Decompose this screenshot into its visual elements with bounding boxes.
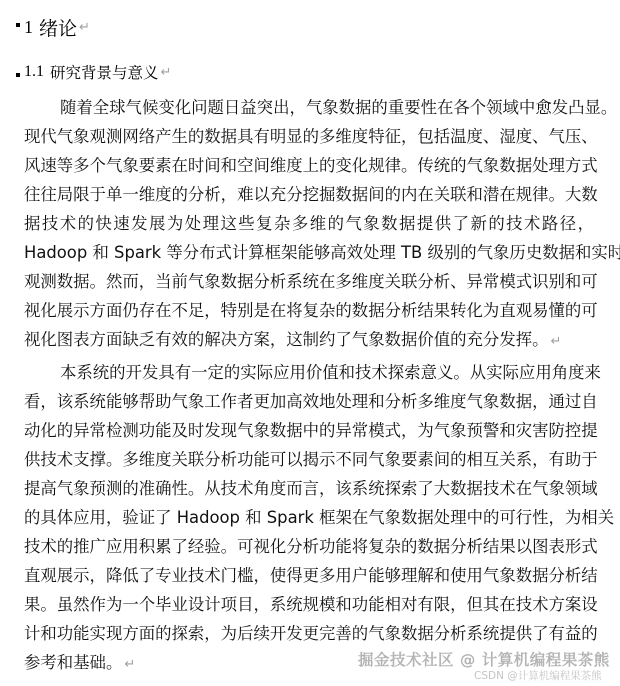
paragraph-line: 看，该系统能够帮助气象工作者更加高效地处理和分析多维度气象数据，通过自 <box>24 387 594 416</box>
paragraph-line: 直观展示，降低了专业技术门槛，使得更多用户能够理解和使用气象数据分析结 <box>24 561 594 590</box>
paragraph-line: 风速等多个气象要素在时间和空间维度上的变化规律。传统的气象数据处理方式 <box>24 151 594 180</box>
paragraph-mark-icon: ↵ <box>161 65 172 80</box>
heading-2-text: 研究背景与意义 <box>50 61 159 83</box>
paragraph-line-text: 参考和基础。 <box>24 653 122 672</box>
watermark-csdn: CSDN @计算机编程果茶熊 <box>474 668 602 683</box>
document-body: 随着全球气候变化问题日益突出，气象数据的重要性在各个领域中愈发凸显。 现代气象观… <box>24 93 594 677</box>
outline-bullet-icon <box>16 73 20 77</box>
paragraph-line: 技术的推广应用积累了经验。可视化分析功能将复杂的数据分析结果以图表形式 <box>24 532 594 561</box>
paragraph-1: 随着全球气候变化问题日益突出，气象数据的重要性在各个领域中愈发凸显。 现代气象观… <box>24 93 594 354</box>
heading-2-number: 1.1 <box>24 63 44 81</box>
paragraph-mark-icon: ↵ <box>79 20 90 35</box>
paragraph-last-line: 视化图表方面缺乏有效的解决方案，这制约了气象数据价值的充分发挥。↵ <box>24 325 594 354</box>
paragraph-line: 提高气象预测的准确性。从技术角度而言，该系统探索了大数据技术在气象领域 <box>24 474 594 503</box>
paragraph-line: 果。虽然作为一个毕业设计项目，系统规模和功能相对有限，但其在技术方案设 <box>24 590 594 619</box>
outline-bullet-icon <box>16 23 20 27</box>
paragraph-line: 现代气象观测网络产生的数据具有明显的多维度特征，包括温度、湿度、气压、 <box>24 122 594 151</box>
paragraph-line: 观测数据。然而，当前气象数据分析系统在多维度关联分析、异常模式识别和可 <box>24 267 594 296</box>
paragraph-line: 视化展示方面仍存在不足，特别是在将复杂的数据分析结果转化为直观易懂的可 <box>24 296 594 325</box>
paragraph-line-text: 视化图表方面缺乏有效的解决方案，这制约了气象数据价值的充分发挥。 <box>24 330 549 349</box>
paragraph-mark-icon: ↵ <box>551 334 562 349</box>
paragraph-line: 随着全球气候变化问题日益突出，气象数据的重要性在各个领域中愈发凸显。 <box>24 93 594 122</box>
heading-1-text: 绪论 <box>39 14 77 41</box>
paragraph-line: 本系统的开发具有一定的实际应用价值和技术探索意义。从实际应用角度来 <box>24 358 594 387</box>
paragraph-line: 计和功能实现方面的探索，为后续开发更完善的气象数据分析系统提供了有益的 <box>24 619 594 648</box>
paragraph-line: Hadoop 和 Spark 等分布式计算框架能够高效处理 TB 级别的气象历史… <box>24 238 594 267</box>
heading-2: 1.1 研究背景与意义 ↵ <box>16 61 171 83</box>
paragraph-2: 本系统的开发具有一定的实际应用价值和技术探索意义。从实际应用角度来 看，该系统能… <box>24 358 594 677</box>
paragraph-line: 供技术支撑。多维度关联分析功能可以揭示不同气象要素间的相互关系，有助于 <box>24 445 594 474</box>
paragraph-line: 往往局限于单一维度的分析，难以充分挖掘数据间的内在关联和潜在规律。大数 <box>24 180 594 209</box>
paragraph-line: 据技术的快速发展为处理这些复杂多维的气象数据提供了新的技术路径， <box>24 209 594 238</box>
paragraph-mark-icon: ↵ <box>124 657 135 672</box>
paragraph-line: 动化的异常检测功能及时发现气象数据中的异常模式，为气象预警和灾害防控提 <box>24 416 594 445</box>
heading-1: 1 绪论 ↵ <box>16 14 90 41</box>
paragraph-line: 的具体应用，验证了 Hadoop 和 Spark 框架在气象数据处理中的可行性，… <box>24 503 594 532</box>
heading-1-number: 1 <box>24 17 33 38</box>
watermark-juejin: 掘金技术社区 @ 计算机编程果茶熊 <box>358 648 610 670</box>
